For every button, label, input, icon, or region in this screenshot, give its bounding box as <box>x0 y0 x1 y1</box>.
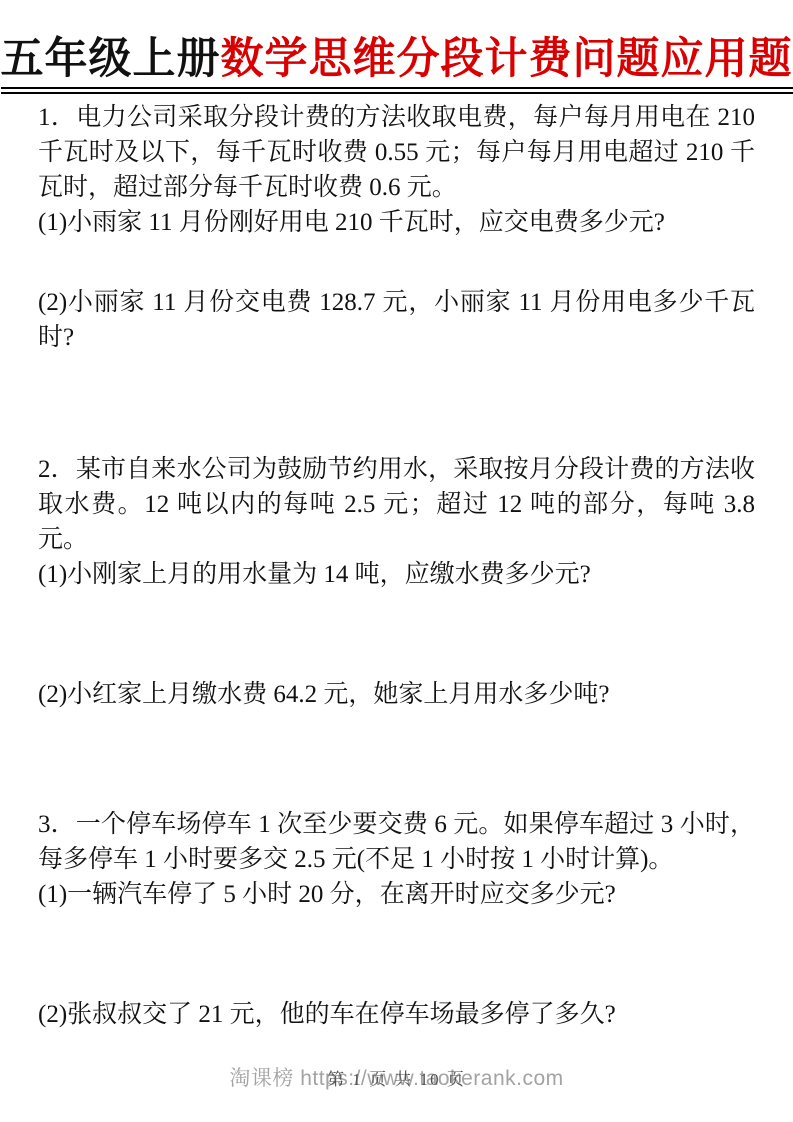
question-2: 2．某市自来水公司为鼓励节约用水，采取按月分段计费的方法收取水费。12 吨以内的… <box>38 452 755 712</box>
question-3-part-2: (2)张叔叔交了 21 元，他的车在停车场最多停了多久? <box>38 997 755 1032</box>
worksheet-body: 1．电力公司采取分段计费的方法收取电费，每户每月用电在 210 千瓦时及以下，每… <box>38 100 755 1032</box>
question-2-stem: 2．某市自来水公司为鼓励节约用水，采取按月分段计费的方法收取水费。12 吨以内的… <box>38 452 755 557</box>
question-3-part-1: (1)一辆汽车停了 5 小时 20 分，在离开时应交多少元? <box>38 877 755 912</box>
page-title-prefix: 五年级上册 <box>1 36 221 83</box>
question-1-part-2: (2)小丽家 11 月份交电费 128.7 元，小丽家 11 月份用电多少千瓦时… <box>38 285 755 355</box>
page-footer: 淘课榜 https://www.taokerank.com 第 1 页 共 10… <box>0 1062 793 1094</box>
question-1-part-1: (1)小雨家 11 月份刚好用电 210 千瓦时，应交电费多少元? <box>38 205 755 240</box>
page-title-highlight: 数学思维分段计费问题应用题 <box>221 36 793 83</box>
question-1-stem: 1．电力公司采取分段计费的方法收取电费，每户每月用电在 210 千瓦时及以下，每… <box>38 100 755 205</box>
question-3-stem: 3．一个停车场停车 1 次至少要交费 6 元。如果停车超过 3 小时，每多停车 … <box>38 807 755 877</box>
question-2-part-1: (1)小刚家上月的用水量为 14 吨，应缴水费多少元? <box>38 557 755 592</box>
page-number: 第 1 页 共 10 页 <box>0 1065 793 1090</box>
question-3: 3．一个停车场停车 1 次至少要交费 6 元。如果停车超过 3 小时，每多停车 … <box>38 807 755 1032</box>
question-2-part-2: (2)小红家上月缴水费 64.2 元，她家上月用水多少吨? <box>38 677 755 712</box>
question-1: 1．电力公司采取分段计费的方法收取电费，每户每月用电在 210 千瓦时及以下，每… <box>38 100 755 355</box>
worksheet-page: 五年级上册数学思维分段计费问题应用题 1．电力公司采取分段计费的方法收取电费，每… <box>0 0 793 1122</box>
page-title: 五年级上册数学思维分段计费问题应用题 <box>1 36 793 94</box>
page-title-row: 五年级上册数学思维分段计费问题应用题 <box>0 36 793 94</box>
